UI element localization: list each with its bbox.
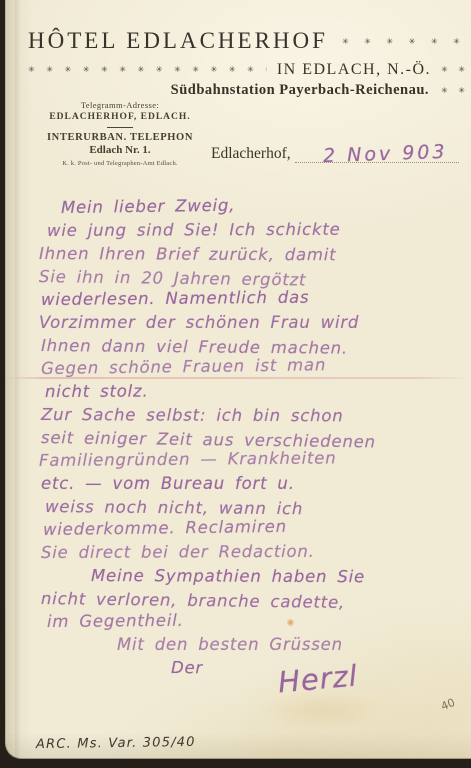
letter-line: wiederkomme. Reclamiren: [43, 513, 463, 541]
letter-line: Vorzimmer der schönen Frau wird: [39, 311, 463, 334]
letter-line: Gegen schöne Frauen ist man: [41, 351, 463, 380]
page-number: 40: [439, 696, 457, 713]
decorative-stars-row1: ✳ ✳ ✳ ✳ ✳ ✳ ✳ ✳ ✳ ✳: [342, 38, 465, 46]
telegram-label: Telegramm-Adresse:: [34, 100, 206, 110]
fold-crease: [6, 377, 471, 379]
archive-shelfmark: ARC. Ms. Var. 305/40: [36, 735, 196, 752]
letter-line: wiederlesen. Namentlich das: [41, 284, 463, 311]
letter-line: Zur Sache selbst: ich bin schon: [41, 403, 463, 428]
age-stain: [256, 690, 386, 730]
scanned-letter: HÔTEL EDLACHERHOF ✳ ✳ ✳ ✳ ✳ ✳ ✳ ✳ ✳ ✳ ✳ …: [0, 0, 471, 768]
dateline-dotted-rule: 2 Nov 903: [295, 140, 459, 163]
letter-line: wie jung sind Sie! Ich schickte: [47, 217, 463, 242]
telegram-address: EDLACHERHOF, EDLACH.: [34, 112, 206, 122]
postal-line: K. k. Post- und Telegraphen-Amt Edlach.: [34, 160, 206, 167]
letterhead-row-1: HÔTEL EDLACHERHOF ✳ ✳ ✳ ✳ ✳ ✳ ✳ ✳ ✳ ✳: [28, 28, 465, 54]
decorative-stars-row2-right: ✳ ✳: [441, 66, 465, 74]
handwritten-date: 2 Nov 903: [322, 141, 447, 167]
letter-line: Meine Sympathien haben Sie: [91, 564, 463, 589]
ink-stain: [287, 618, 294, 627]
phone-line-1: INTERURBAN. TELEPHON: [34, 132, 206, 143]
dateline-place: Edlacherhof,: [211, 145, 291, 163]
letter-line: etc. — vom Bureau fort u.: [41, 472, 463, 495]
location-line: IN EDLACH, N.-Ö.: [277, 61, 431, 79]
decorative-stars-row2-left: ✳ ✳ ✳ ✳ ✳ ✳ ✳ ✳ ✳ ✳ ✳ ✳ ✳ ✳ ✳: [28, 66, 267, 74]
letter-line: Mein lieber Zweig,: [61, 191, 463, 219]
letter-line: Ihnen Ihren Brief zurück, damit: [39, 242, 463, 267]
letter-body: Mein lieber Zweig,wie jung sind Sie! Ich…: [39, 196, 463, 679]
dateline: Edlacherhof, 2 Nov 903: [211, 140, 459, 163]
paper-sheet: HÔTEL EDLACHERHOF ✳ ✳ ✳ ✳ ✳ ✳ ✳ ✳ ✳ ✳ ✳ …: [5, 0, 471, 759]
phone-line-2: Edlach Nr. 1.: [34, 144, 206, 156]
contact-divider: [107, 127, 133, 128]
station-line: Südbahnstation Payerbach-Reichenau.: [171, 82, 429, 99]
letter-line: Mit den besten Grüssen: [117, 633, 463, 656]
letter-line: nicht stolz.: [45, 378, 463, 403]
letterhead-row-2: ✳ ✳ ✳ ✳ ✳ ✳ ✳ ✳ ✳ ✳ ✳ ✳ ✳ ✳ ✳ IN EDLACH,…: [28, 61, 465, 79]
decorative-stars-row3-right: ✳ ✳: [441, 87, 465, 95]
letterhead: HÔTEL EDLACHERHOF ✳ ✳ ✳ ✳ ✳ ✳ ✳ ✳ ✳ ✳ ✳ …: [28, 28, 465, 99]
letter-line: im Gegentheil.: [47, 606, 463, 633]
letterhead-row-3: Südbahnstation Payerbach-Reichenau. ✳ ✳: [28, 82, 465, 99]
contact-block: Telegramm-Adresse: EDLACHERHOF, EDLACH. …: [34, 100, 206, 167]
hotel-name: HÔTEL EDLACHERHOF: [28, 28, 328, 54]
letter-line: Familiengründen — Krankheiten: [39, 445, 463, 472]
letter-line: Sie direct bei der Redaction.: [41, 539, 463, 564]
